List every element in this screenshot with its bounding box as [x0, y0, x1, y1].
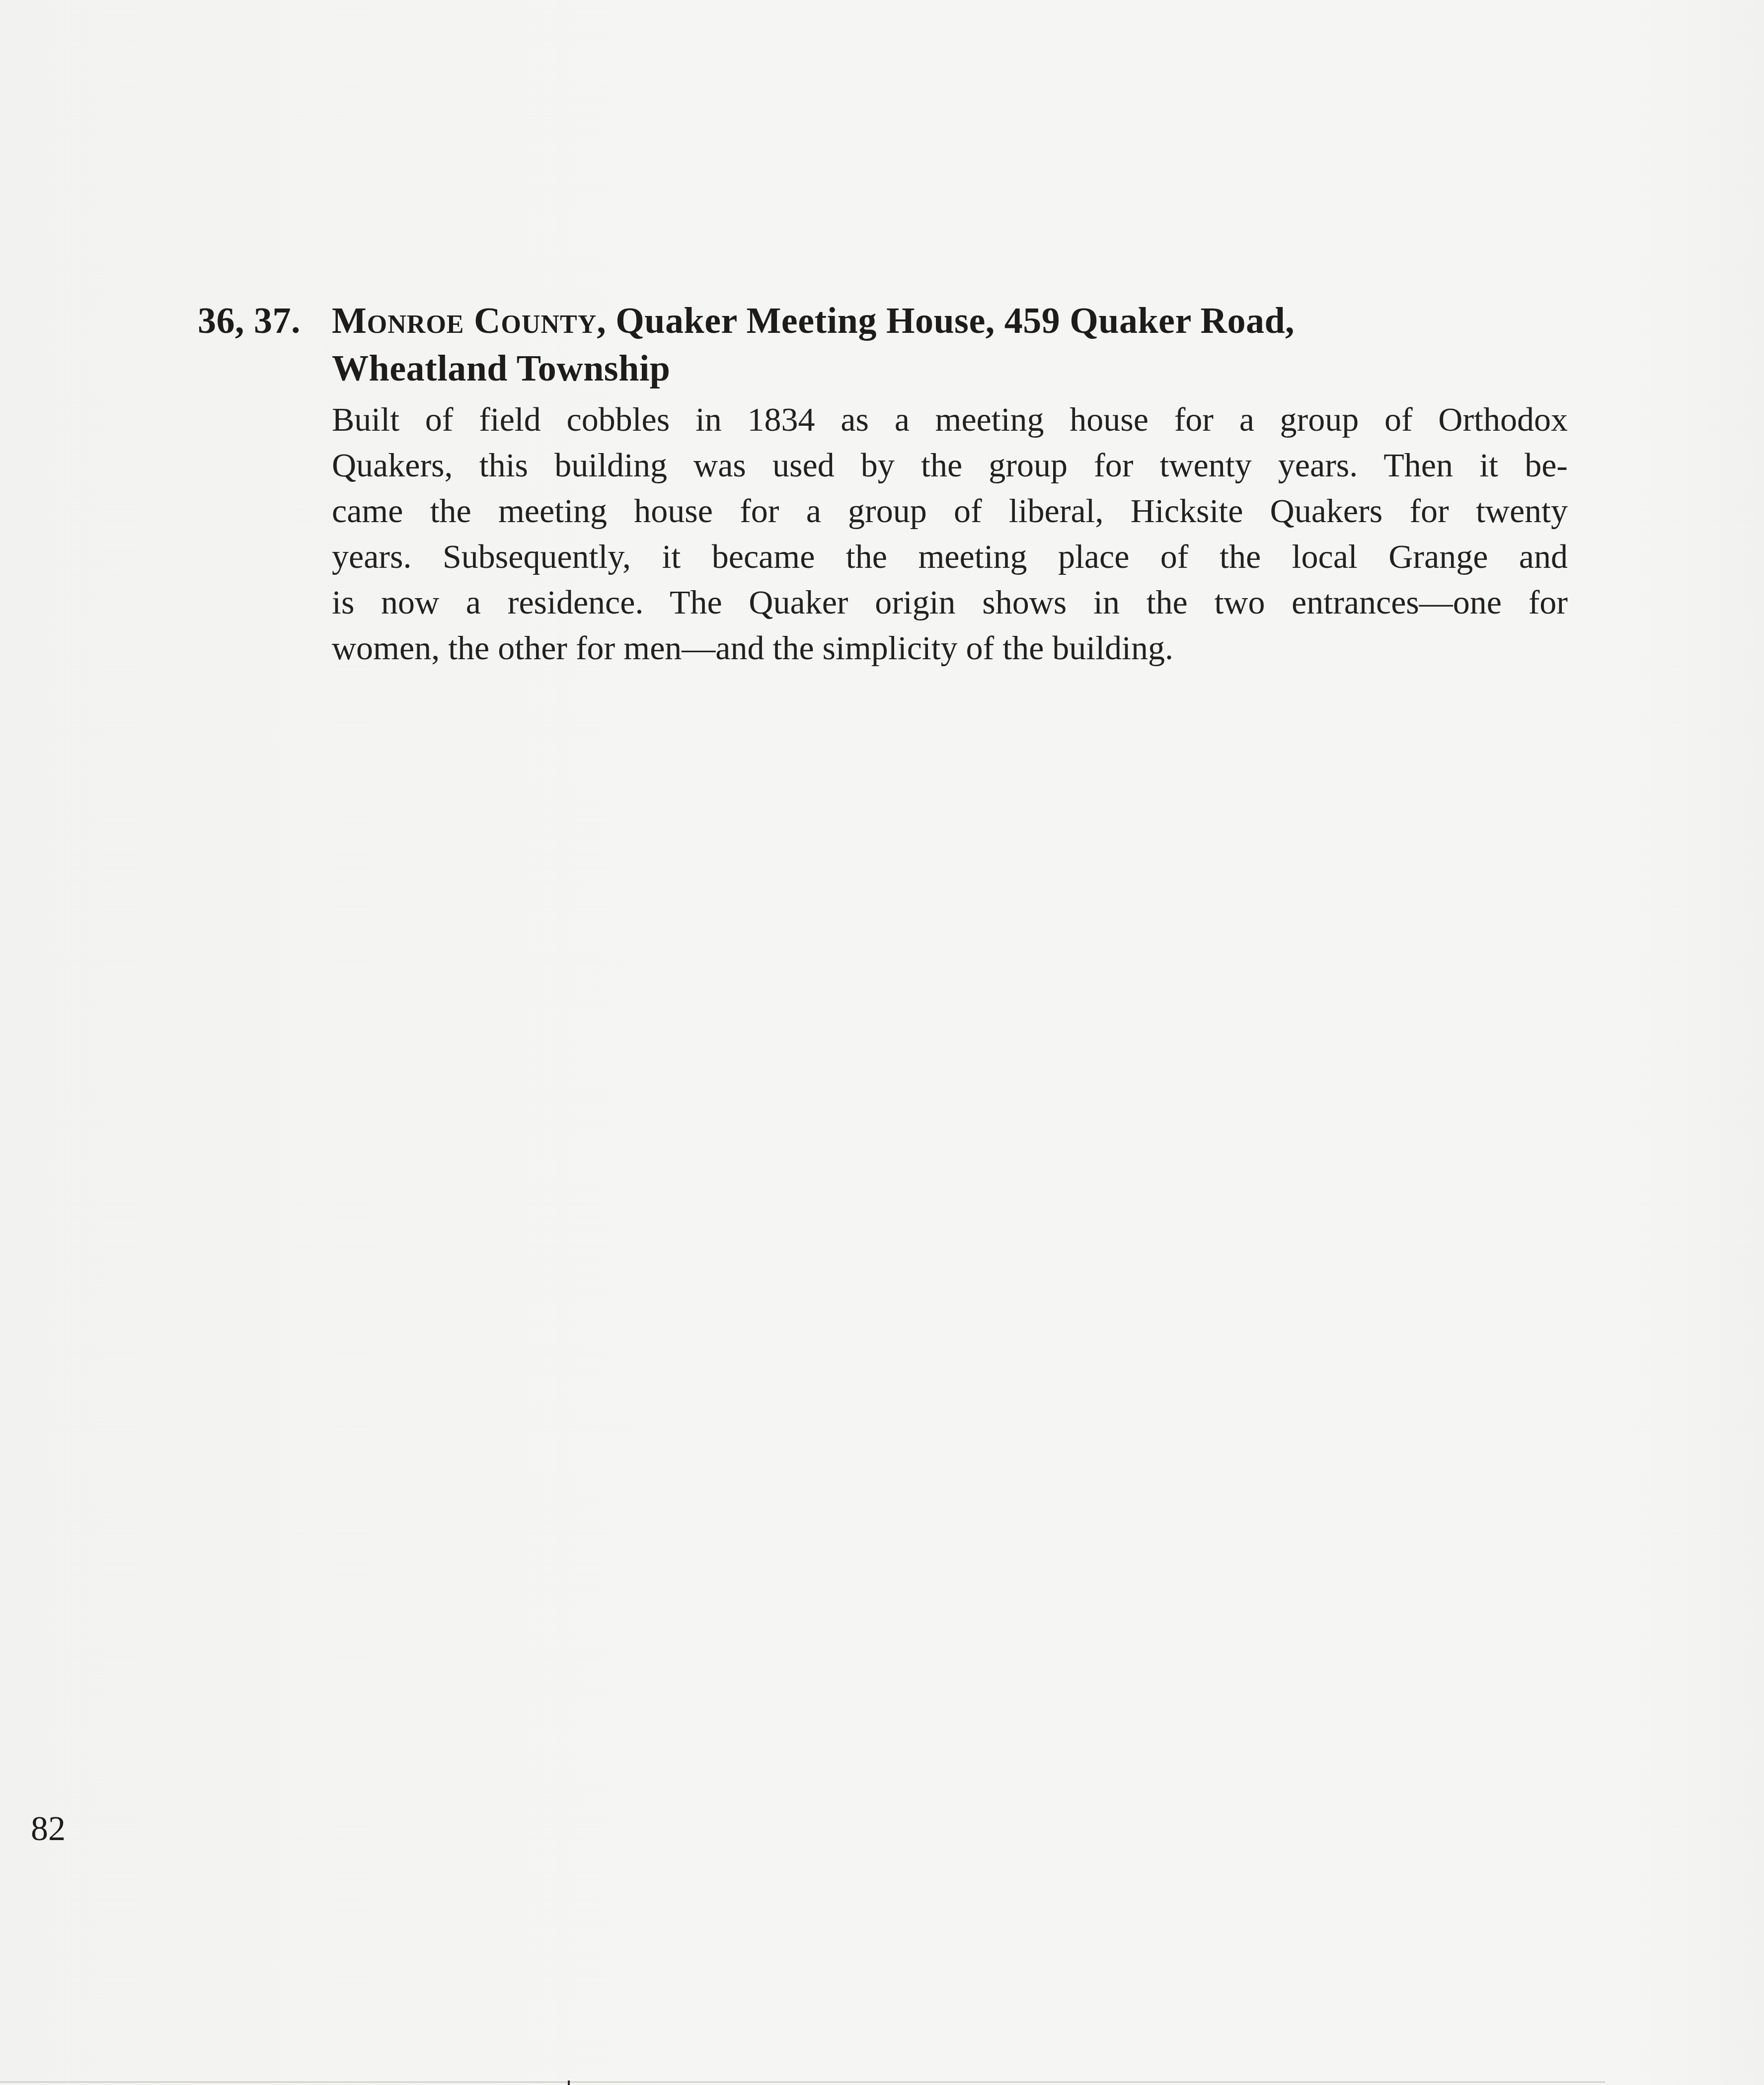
- page-bottom-edge: [0, 2082, 1605, 2083]
- heading-separator: ,: [597, 301, 615, 341]
- entry-heading: 36, 37. Monroe County, Quaker Meeting Ho…: [198, 297, 1569, 392]
- description-line: Built of field cobbles in 1834 as a meet…: [332, 396, 1568, 442]
- county-name: Monroe County: [332, 301, 597, 341]
- entry-description: Built of field cobbles in 1834 as a meet…: [332, 396, 1568, 671]
- description-line: is now a residence. The Quaker origin sh…: [332, 579, 1568, 625]
- heading-title-line-2: Wheatland Township: [332, 348, 671, 389]
- description-line: came the meeting house for a group of li…: [332, 488, 1568, 534]
- page-number: 82: [31, 1809, 66, 1849]
- description-line: women, the other for men—and the simplic…: [332, 625, 1568, 671]
- description-line: Quakers, this building was used by the g…: [332, 442, 1568, 488]
- heading-title-line-1: Quaker Meeting House, 459 Quaker Road,: [615, 301, 1295, 341]
- catalog-entry: 36, 37. Monroe County, Quaker Meeting Ho…: [198, 297, 1569, 671]
- entry-title: Monroe County, Quaker Meeting House, 459…: [332, 297, 1474, 392]
- book-page: 36, 37. Monroe County, Quaker Meeting Ho…: [0, 0, 1764, 2085]
- description-line: years. Subsequently, it became the meeti…: [332, 534, 1568, 579]
- entry-number: 36, 37.: [198, 297, 331, 345]
- page-edge-mark: [568, 2081, 570, 2085]
